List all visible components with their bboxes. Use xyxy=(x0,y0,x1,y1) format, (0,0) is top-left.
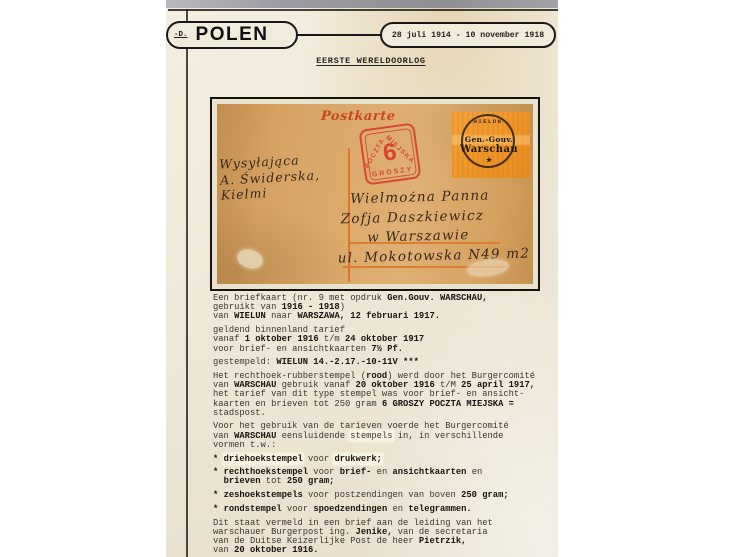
city-post-rubber-stamp: POCZTA MIEJSKA 6 GROSZY xyxy=(358,122,421,185)
album-page-photo: -D. POLEN 28 juli 1914 - 10 november 191… xyxy=(166,0,558,557)
page-border-left-line xyxy=(186,9,188,557)
address-handwriting: Wielmożna Panna Zofja Daszkiewicz w Wars… xyxy=(334,185,530,268)
section-code-tag: -D. xyxy=(174,31,188,39)
overprint-line-2: Warschau xyxy=(447,144,531,155)
typed-description: Een briefkaart (nr. 9 met opdruk Gen.Gou… xyxy=(213,294,551,557)
typed-paragraph: geldend binnenland tariefvanaf 1 oktober… xyxy=(213,326,551,354)
typed-paragraph: Voor het gebruik van de tarieven voerde … xyxy=(213,422,551,450)
page-border-top-line xyxy=(168,9,558,11)
header-connector-line xyxy=(297,34,382,36)
date-range-oval: 28 juli 1914 - 10 november 1918 xyxy=(380,22,556,48)
postcard: Postkarte POCZTA MIEJSKA 6 GROSZY WIELUN… xyxy=(217,104,533,284)
typed-paragraph: Een briefkaart (nr. 9 met opdruk Gen.Gou… xyxy=(213,294,551,322)
typed-paragraph: * driehoekstempel voor drukwerk; xyxy=(213,455,551,464)
page-subtitle: EERSTE WERELDOORLOG xyxy=(226,56,516,66)
typed-paragraph: * rechthoekstempel voor brief- en ansich… xyxy=(213,468,551,486)
typed-paragraph: Dit staat vermeld in een brief aan de le… xyxy=(213,519,551,556)
typed-paragraph: * zeshoekstempels voor postzendingen van… xyxy=(213,491,551,500)
card-scuff-mark xyxy=(235,246,265,271)
country-title: POLEN xyxy=(196,24,269,46)
photo-background-strip xyxy=(166,0,558,8)
sender-handwriting: Wysyłająca A. Świderska, Kielmi xyxy=(219,151,321,203)
postcard-heading: Postkarte xyxy=(320,109,396,124)
typed-paragraph: Het rechthoek-rubberstempel (rood) werd … xyxy=(213,372,551,418)
date-range-text: 28 juli 1914 - 10 november 1918 xyxy=(392,31,544,40)
country-header-oval: -D. POLEN xyxy=(166,21,298,49)
overprint-star: ★ xyxy=(447,156,531,164)
postcard-mount-frame: Postkarte POCZTA MIEJSKA 6 GROSZY WIELUN… xyxy=(210,97,540,291)
overprint-line-1: Gen.-Gouv. xyxy=(447,135,531,144)
typed-paragraph: * rondstempel voor spoedzendingen en tel… xyxy=(213,505,551,514)
postmark-town: WIELUN xyxy=(461,118,515,125)
typed-paragraph: gestempeld: WIELUN 14.-2.17.-10-11V *** xyxy=(213,358,551,367)
